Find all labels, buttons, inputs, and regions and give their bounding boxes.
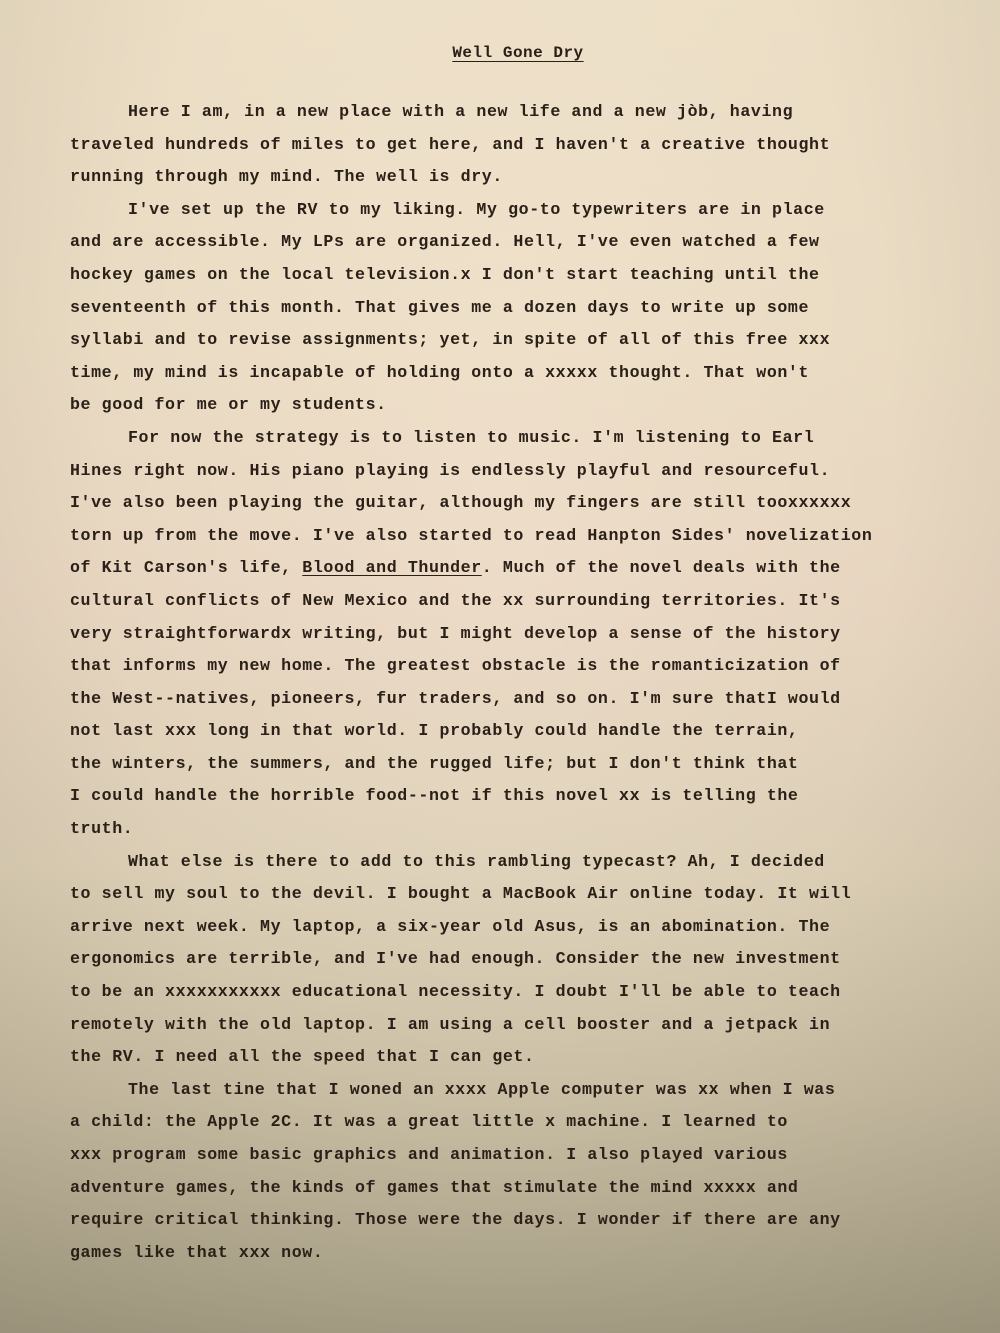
text-line: time, my mind is incapable of holding on… xyxy=(70,357,960,390)
text-line: a child: the Apple 2C. It was a great li… xyxy=(70,1106,960,1139)
text-line: seventeenth of this month. That gives me… xyxy=(70,292,960,325)
text-line: Hines right now. His piano playing is en… xyxy=(70,455,960,488)
text-line: the RV. I need all the speed that I can … xyxy=(70,1041,960,1074)
text-line: I've set up the RV to my liking. My go-t… xyxy=(70,194,960,227)
text-line: traveled hundreds of miles to get here, … xyxy=(70,129,960,162)
text-line: of Kit Carson's life, Blood and Thunder.… xyxy=(70,552,960,585)
text-line: very straightforwardx writing, but I mig… xyxy=(70,618,960,651)
text-line: running through my mind. The well is dry… xyxy=(70,161,960,194)
paragraph-5: The last tine that I woned an xxxx Apple… xyxy=(70,1074,960,1270)
text-line: The last tine that I woned an xxxx Apple… xyxy=(70,1074,960,1107)
text-line: arrive next week. My laptop, a six-year … xyxy=(70,911,960,944)
text-line: For now the strategy is to listen to mus… xyxy=(70,422,960,455)
text-line: truth. xyxy=(70,813,960,846)
text-line: the West--natives, pioneers, fur traders… xyxy=(70,683,960,716)
text-line: and are accessible. My LPs are organized… xyxy=(70,226,960,259)
text-line: adventure games, the kinds of games that… xyxy=(70,1172,960,1205)
text-line: I could handle the horrible food--not if… xyxy=(70,780,960,813)
text-line: to sell my soul to the devil. I bought a… xyxy=(70,878,960,911)
typewritten-page: Well Gone Dry Here I am, in a new place … xyxy=(70,44,960,1269)
text-line: games like that xxx now. xyxy=(70,1237,960,1270)
text-line: I've also been playing the guitar, altho… xyxy=(70,487,960,520)
text-line: hockey games on the local television.x I… xyxy=(70,259,960,292)
paragraph-4: What else is there to add to this rambli… xyxy=(70,846,960,1074)
text-line: xxx program some basic graphics and anim… xyxy=(70,1139,960,1172)
paragraph-1: Here I am, in a new place with a new lif… xyxy=(70,96,960,194)
text-line: cultural conflicts of New Mexico and the… xyxy=(70,585,960,618)
text-line: What else is there to add to this rambli… xyxy=(70,846,960,879)
book-title: Blood and Thunder xyxy=(302,558,481,577)
text-segment: . Much of the novel deals with the xyxy=(482,558,841,577)
paragraph-2: I've set up the RV to my liking. My go-t… xyxy=(70,194,960,422)
text-line: ergonomics are terrible, and I've had en… xyxy=(70,943,960,976)
text-line: syllabi and to revise assignments; yet, … xyxy=(70,324,960,357)
paragraph-3: For now the strategy is to listen to mus… xyxy=(70,422,960,846)
page-title: Well Gone Dry xyxy=(70,44,960,62)
text-line: to be an xxxxxxxxxxx educational necessi… xyxy=(70,976,960,1009)
text-line: require critical thinking. Those were th… xyxy=(70,1204,960,1237)
text-line: be good for me or my students. xyxy=(70,389,960,422)
text-segment: of Kit Carson's life, xyxy=(70,558,302,577)
text-line: that informs my new home. The greatest o… xyxy=(70,650,960,683)
text-line: the winters, the summers, and the rugged… xyxy=(70,748,960,781)
text-line: Here I am, in a new place with a new lif… xyxy=(70,96,960,129)
text-line: torn up from the move. I've also started… xyxy=(70,520,960,553)
text-line: remotely with the old laptop. I am using… xyxy=(70,1009,960,1042)
text-line: not last xxx long in that world. I proba… xyxy=(70,715,960,748)
